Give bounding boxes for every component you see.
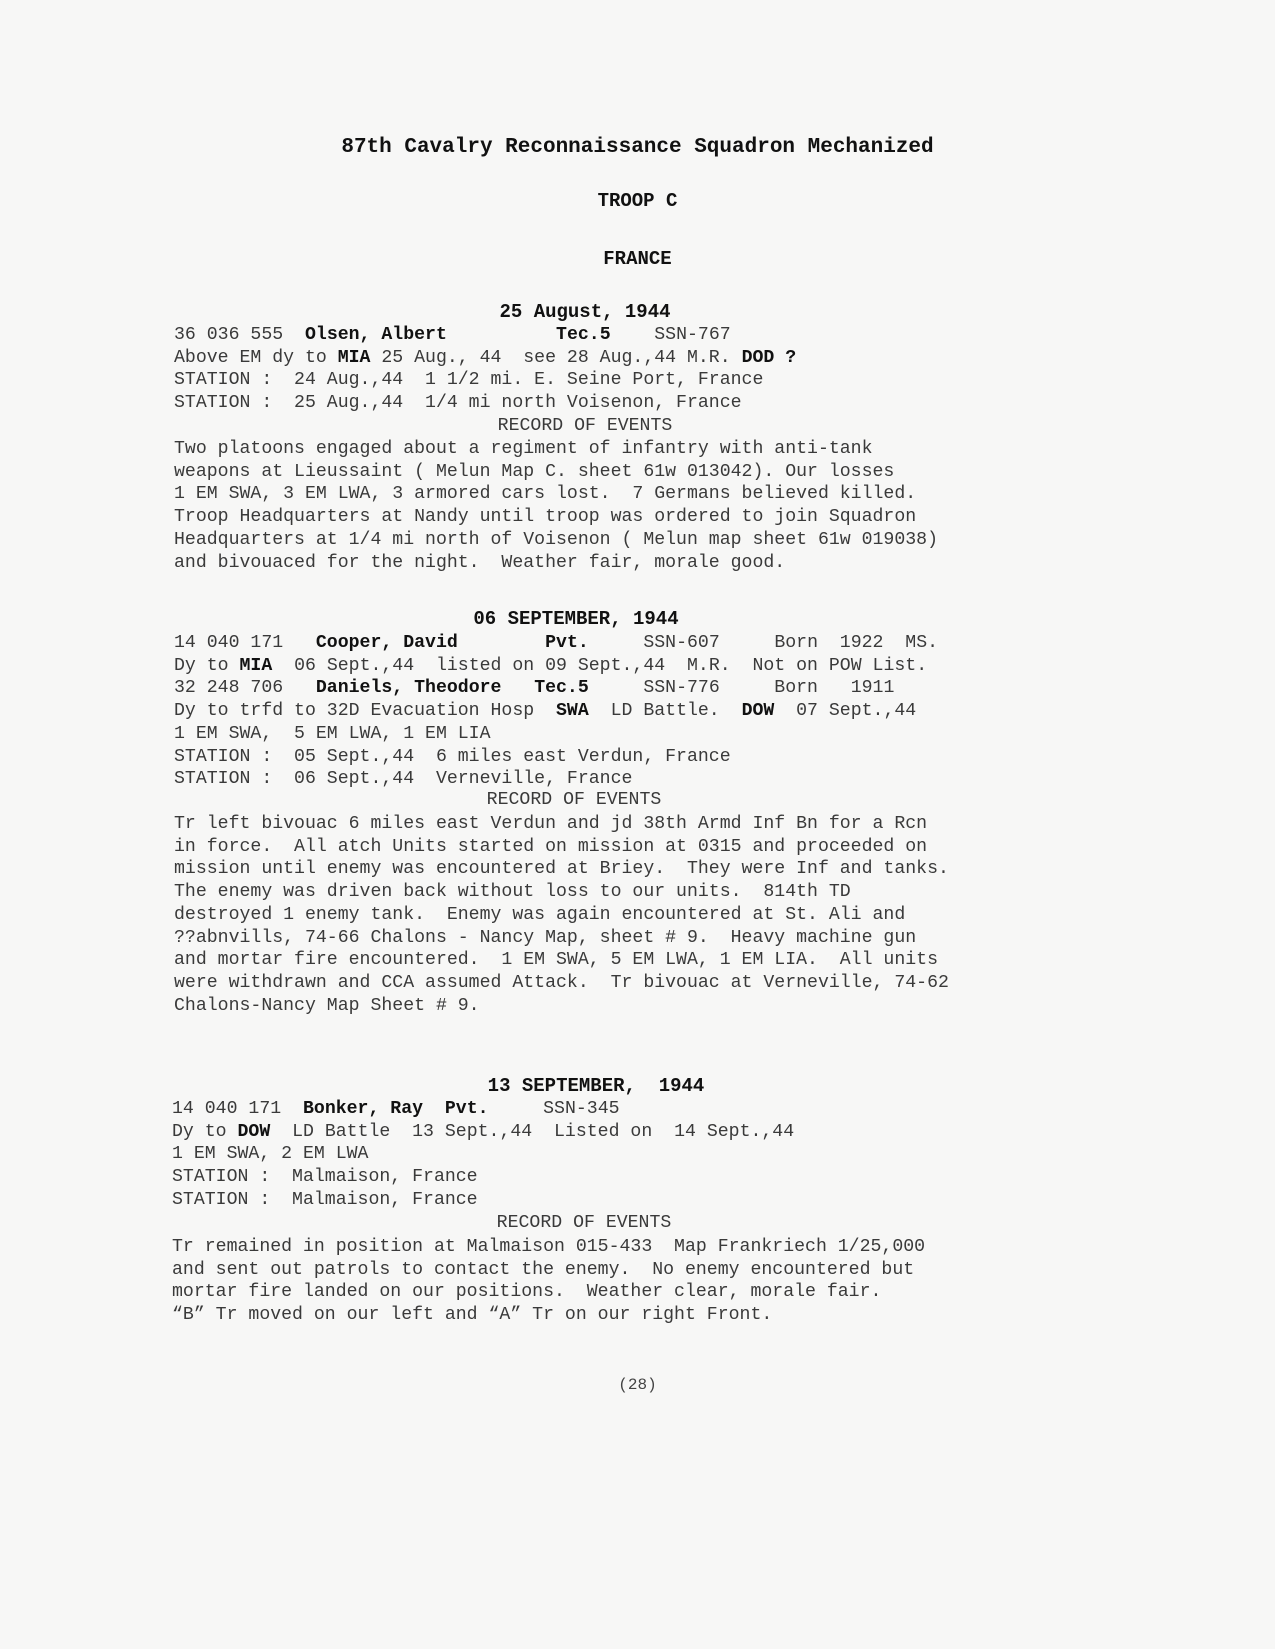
emphasized-text: Bonker, Ray <box>303 1099 423 1119</box>
page-number: (28) <box>0 1376 1275 1394</box>
emphasized-text: MIA <box>240 656 273 676</box>
casualty-entry-line: STATION : 05 Sept.,44 6 miles east Verdu… <box>174 746 731 768</box>
entry-text: STATION : 05 Sept.,44 6 miles east Verdu… <box>174 747 731 767</box>
emphasized-text: DOW <box>742 701 775 721</box>
record-of-events-line: ??abnvills, 74-66 Chalons - Nancy Map, s… <box>174 927 916 949</box>
record-of-events-line: Two platoons engaged about a regiment of… <box>174 438 873 460</box>
casualty-entry-line: STATION : Malmaison, France <box>172 1166 478 1188</box>
record-of-events-line: 1 EM SWA, 3 EM LWA, 3 armored cars lost.… <box>174 483 916 505</box>
record-of-events-line: were withdrawn and CCA assumed Attack. T… <box>174 972 949 994</box>
entry-text: 25 Aug., 44 see 28 Aug.,44 M.R. <box>370 348 741 368</box>
entry-text: STATION : 25 Aug.,44 1/4 mi north Voisen… <box>174 393 742 413</box>
emphasized-text: Olsen, Albert <box>305 325 447 345</box>
record-of-events-line: Tr remained in position at Malmaison 015… <box>172 1236 925 1258</box>
casualty-entry-line: 32 248 706 Daniels, Theodore Tec.5 SSN-7… <box>174 677 894 699</box>
entry-text: STATION : Malmaison, France <box>172 1190 478 1210</box>
record-of-events-line: in force. All atch Units started on miss… <box>174 836 927 858</box>
record-of-events-line: mortar fire landed on our positions. Wea… <box>172 1281 881 1303</box>
entry-text: SSN-776 Born 1911 <box>589 678 895 698</box>
emphasized-text: Pvt. <box>545 633 589 653</box>
record-of-events-line: Headquarters at 1/4 mi north of Voisenon… <box>174 529 938 551</box>
record-of-events-line: “B” Tr moved on our left and “A” Tr on o… <box>172 1304 772 1326</box>
record-of-events-line: The enemy was driven back without loss t… <box>174 881 851 903</box>
casualty-entry-line: STATION : 25 Aug.,44 1/4 mi north Voisen… <box>174 392 742 414</box>
emphasized-text: DOD ? <box>742 348 797 368</box>
entry-text: Dy to <box>174 656 240 676</box>
record-of-events-line: destroyed 1 enemy tank. Enemy was again … <box>174 904 905 926</box>
section-date-heading: 06 SEPTEMBER, 1944 <box>276 608 876 630</box>
casualty-entry-line: 14 040 171 Cooper, David Pvt. SSN-607 Bo… <box>174 632 938 654</box>
casualty-entry-line: STATION : Malmaison, France <box>172 1189 478 1211</box>
record-of-events-line: Chalons-Nancy Map Sheet # 9. <box>174 995 480 1017</box>
casualty-entry-line: 1 EM SWA, 5 EM LWA, 1 EM LIA <box>174 723 491 745</box>
emphasized-text: Daniels, Theodore <box>316 678 502 698</box>
casualty-entry-line: Dy to trfd to 32D Evacuation Hosp SWA LD… <box>174 700 916 722</box>
section-date-heading: 13 SEPTEMBER, 1944 <box>296 1075 896 1097</box>
casualty-entry-line: 36 036 555 Olsen, Albert Tec.5 SSN-767 <box>174 324 731 346</box>
record-of-events-heading: RECORD OF EVENTS <box>284 1213 884 1233</box>
record-of-events-line: Troop Headquarters at Nandy until troop … <box>174 506 916 528</box>
entry-text <box>501 678 534 698</box>
entry-text: 14 040 171 <box>174 633 316 653</box>
casualty-entry-line: STATION : 24 Aug.,44 1 1/2 mi. E. Seine … <box>174 369 763 391</box>
record-of-events-line: Tr left bivouac 6 miles east Verdun and … <box>174 813 927 835</box>
entry-text: 14 040 171 <box>172 1099 303 1119</box>
emphasized-text: DOW <box>238 1122 271 1142</box>
record-of-events-line: and bivouaced for the night. Weather fai… <box>174 552 785 574</box>
entry-text: SSN-767 <box>611 325 731 345</box>
entry-text: SSN-607 Born 1922 MS. <box>589 633 938 653</box>
entry-text: SSN-345 <box>489 1099 620 1119</box>
unit-title: 87th Cavalry Reconnaissance Squadron Mec… <box>0 136 1275 159</box>
troop-heading: TROOP C <box>0 190 1275 212</box>
entry-text: 1 EM SWA, 5 EM LWA, 1 EM LIA <box>174 724 491 744</box>
entry-text: Dy to <box>172 1122 238 1142</box>
emphasized-text: Tec.5 <box>534 678 589 698</box>
entry-text: Dy to trfd to 32D Evacuation Hosp <box>174 701 556 721</box>
entry-text: Above EM dy to <box>174 348 338 368</box>
entry-text: 32 248 706 <box>174 678 316 698</box>
entry-text <box>447 325 556 345</box>
emphasized-text: Pvt. <box>445 1099 489 1119</box>
record-of-events-heading: RECORD OF EVENTS <box>274 790 874 810</box>
entry-text: STATION : 06 Sept.,44 Verneville, France <box>174 769 632 789</box>
section-date-heading: 25 August, 1944 <box>285 301 885 323</box>
casualty-entry-line: Above EM dy to MIA 25 Aug., 44 see 28 Au… <box>174 347 796 369</box>
casualty-entry-line: Dy to MIA 06 Sept.,44 listed on 09 Sept.… <box>174 655 927 677</box>
entry-text: 07 Sept.,44 <box>774 701 916 721</box>
entry-text: LD Battle 13 Sept.,44 Listed on 14 Sept.… <box>270 1122 794 1142</box>
entry-text: 06 Sept.,44 listed on 09 Sept.,44 M.R. N… <box>272 656 927 676</box>
entry-text: 36 036 555 <box>174 325 305 345</box>
record-of-events-line: mission until enemy was encountered at B… <box>174 858 949 880</box>
entry-text <box>458 633 545 653</box>
casualty-entry-line: 14 040 171 Bonker, Ray Pvt. SSN-345 <box>172 1098 620 1120</box>
entry-text: 1 EM SWA, 2 EM LWA <box>172 1144 368 1164</box>
entry-text: STATION : 24 Aug.,44 1 1/2 mi. E. Seine … <box>174 370 763 390</box>
emphasized-text: MIA <box>338 348 371 368</box>
record-of-events-line: and sent out patrols to contact the enem… <box>172 1259 914 1281</box>
casualty-entry-line: STATION : 06 Sept.,44 Verneville, France <box>174 768 632 790</box>
record-of-events-line: weapons at Lieussaint ( Melun Map C. she… <box>174 461 894 483</box>
casualty-entry-line: Dy to DOW LD Battle 13 Sept.,44 Listed o… <box>172 1121 794 1143</box>
emphasized-text: SWA <box>556 701 589 721</box>
record-of-events-heading: RECORD OF EVENTS <box>285 416 885 436</box>
emphasized-text: Cooper, David <box>316 633 458 653</box>
entry-text: LD Battle. <box>589 701 742 721</box>
country-heading: FRANCE <box>0 248 1275 270</box>
record-of-events-line: and mortar fire encountered. 1 EM SWA, 5… <box>174 949 938 971</box>
emphasized-text: Tec.5 <box>556 325 611 345</box>
casualty-entry-line: 1 EM SWA, 2 EM LWA <box>172 1143 368 1165</box>
entry-text: STATION : Malmaison, France <box>172 1167 478 1187</box>
entry-text <box>423 1099 445 1119</box>
